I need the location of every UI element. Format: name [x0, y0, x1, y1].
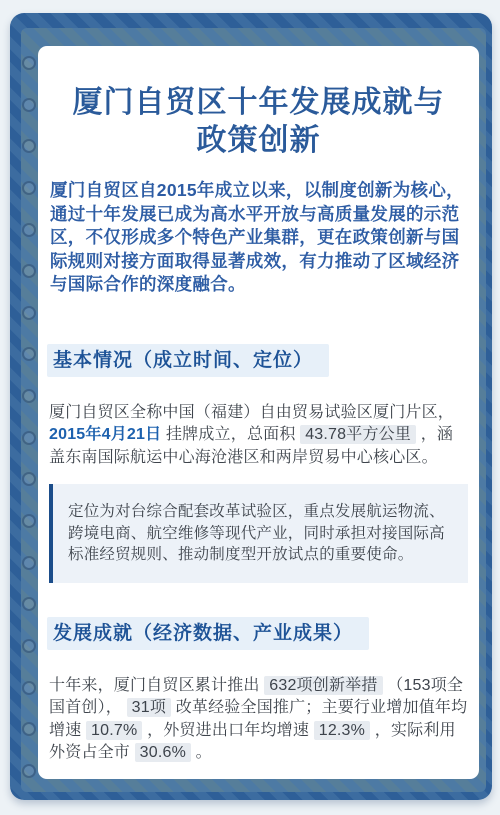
stat-highlight: 31项: [127, 698, 171, 717]
stat-highlight: 30.6%: [135, 743, 191, 762]
binder-hole: [22, 306, 36, 320]
striped-frame: 厦门自贸区十年发展成就与 政策创新 厦门自贸区自2015年成立以来，以制度创新为…: [10, 13, 492, 800]
binder-hole: [22, 639, 36, 653]
binder-hole: [22, 264, 36, 278]
binder-hole: [22, 722, 36, 736]
binder-hole: [22, 681, 36, 695]
stat-highlight: 43.78平方公里: [300, 425, 416, 444]
binder-hole: [22, 472, 36, 486]
page-title-line-1: 厦门自贸区十年发展成就与: [47, 84, 470, 122]
binder-hole: [22, 98, 36, 112]
text-segment: 挂牌成立，总面积: [161, 426, 300, 443]
section-achievements: 发展成就（经济数据、产业成果） 十年来，厦门自贸区累计推出 632项创新举措 （…: [47, 583, 470, 765]
date-emphasis: 2015年4月21日: [49, 426, 161, 443]
text-segment: 。: [191, 744, 212, 761]
binder-hole: [22, 556, 36, 570]
achievements-paragraph: 十年来，厦门自贸区累计推出 632项创新举措 （153项全国首创）， 31项 改…: [49, 675, 468, 765]
intro-paragraph: 厦门自贸区自2015年成立以来，以制度创新为核心，通过十年发展已成为高水平开放与…: [50, 179, 467, 297]
positioning-callout: 定位为对台综合配套改革试验区，重点发展航运物流、跨境电商、航空维修等现代产业，同…: [49, 484, 468, 583]
stat-highlight: 12.3%: [314, 721, 370, 740]
content-card: 厦门自贸区十年发展成就与 政策创新 厦门自贸区自2015年成立以来，以制度创新为…: [38, 46, 479, 779]
binder-hole: [22, 181, 36, 195]
text-segment: ，外贸进出口年均增速: [142, 722, 313, 739]
stat-highlight: 10.7%: [86, 721, 142, 740]
binder-hole: [22, 597, 36, 611]
binder-hole: [22, 56, 36, 70]
binder-hole: [22, 514, 36, 528]
binder-hole: [22, 431, 36, 445]
text-segment: 十年来，厦门自贸区累计推出: [49, 677, 264, 694]
frame-mat: 厦门自贸区十年发展成就与 政策创新 厦门自贸区自2015年成立以来，以制度创新为…: [21, 28, 486, 792]
basic-info-paragraph: 厦门自贸区全称中国（福建）自由贸易试验区厦门片区， 2015年4月21日 挂牌成…: [49, 402, 468, 470]
stat-highlight: 632项创新举措: [264, 676, 382, 695]
binder-holes: [22, 56, 36, 778]
infographic-page: 厦门自贸区十年发展成就与 政策创新 厦门自贸区自2015年成立以来，以制度创新为…: [0, 0, 500, 815]
page-title-line-2: 政策创新: [47, 122, 470, 160]
section-basic-info: 基本情况（成立时间、定位） 厦门自贸区全称中国（福建）自由贸易试验区厦门片区， …: [47, 297, 470, 583]
binder-hole: [22, 347, 36, 361]
section-heading-basic-info: 基本情况（成立时间、定位）: [47, 344, 329, 377]
text-segment: 厦门自贸区全称中国（福建）自由贸易试验区厦门片区，: [49, 404, 454, 421]
binder-hole: [22, 223, 36, 237]
binder-hole: [22, 764, 36, 778]
section-heading-achievements: 发展成就（经济数据、产业成果）: [47, 617, 369, 650]
page-title: 厦门自贸区十年发展成就与 政策创新: [47, 84, 470, 160]
binder-hole: [22, 139, 36, 153]
binder-hole: [22, 389, 36, 403]
